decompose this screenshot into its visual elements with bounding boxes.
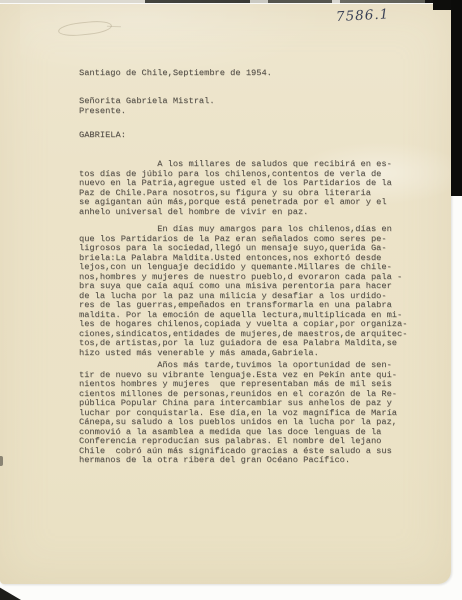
pencil-smudge [57, 19, 112, 38]
paragraph-3: Años más tarde,tuvimos la oportunidad de… [79, 361, 397, 466]
edge-speck [0, 456, 3, 466]
paragraph-1: A los millares de saludos que recibirá e… [79, 160, 392, 217]
salutation: GABRIELA: [79, 131, 126, 141]
scanner-edge-top [0, 0, 462, 3]
archive-number: 7586.1 [336, 5, 417, 25]
dateline: Santiago de Chile,Septiembre de 1954. [79, 69, 272, 79]
recipient-block: Señorita Gabriela Mistral. Presente. [79, 97, 215, 116]
letter-page: 7586.1 Santiago de Chile,Septiembre de 1… [0, 4, 451, 584]
scan-background: 7586.1 Santiago de Chile,Septiembre de 1… [0, 0, 462, 600]
scanner-edge-right [451, 0, 462, 196]
scan-light-artifact-top [20, 4, 320, 74]
next-page-corner-mark [0, 586, 21, 600]
paragraph-2: En días muy amargos para los chilenos,dí… [79, 225, 407, 358]
